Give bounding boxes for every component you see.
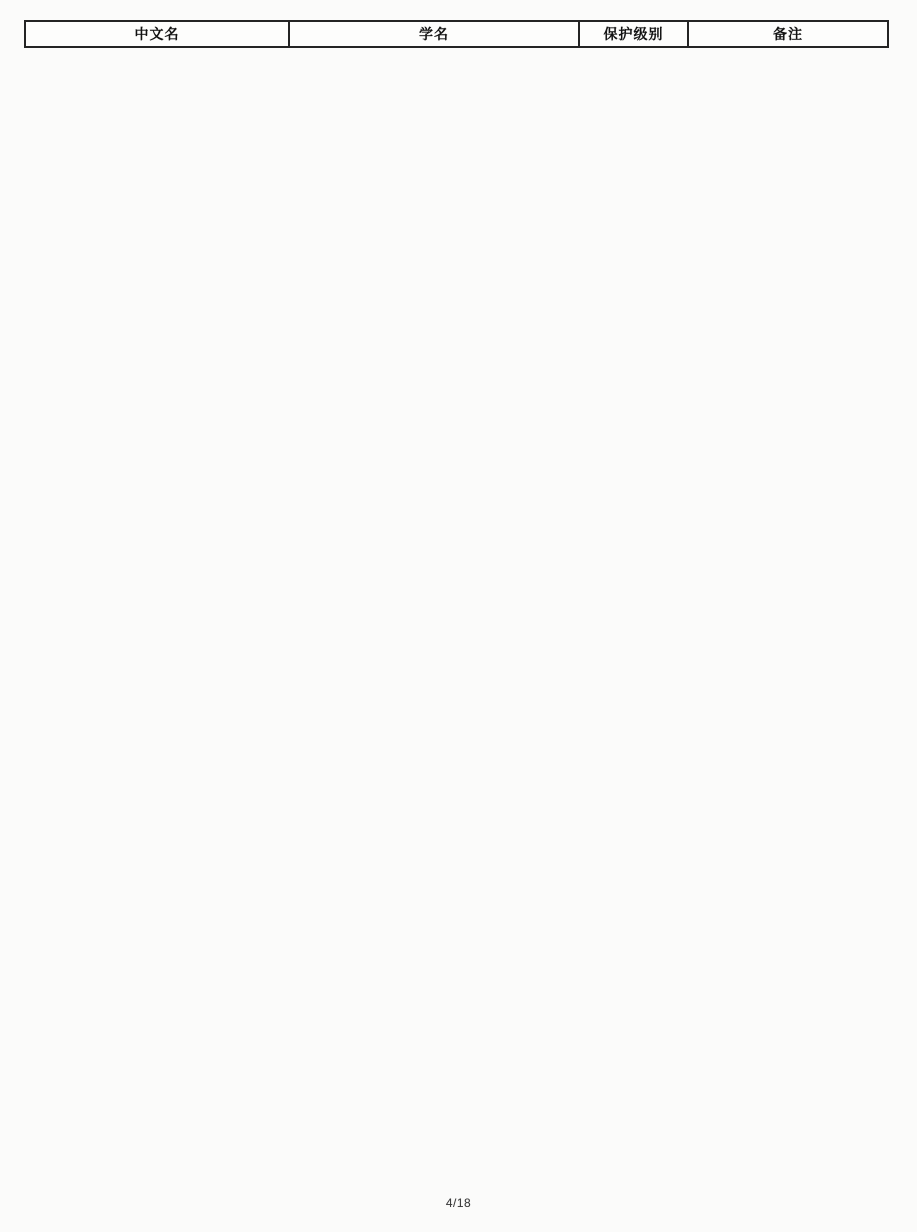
header-protection-level: 保护级别 [579, 21, 688, 47]
document-page: 中文名 学名 保护级别 备注 4/18 [0, 0, 917, 1232]
header-scientific-name: 学名 [289, 21, 579, 47]
page-number: 4/18 [0, 1196, 917, 1210]
header-remarks: 备注 [688, 21, 888, 47]
table-header-row: 中文名 学名 保护级别 备注 [25, 21, 888, 47]
header-chinese-name: 中文名 [25, 21, 289, 47]
species-table: 中文名 学名 保护级别 备注 [24, 20, 889, 48]
